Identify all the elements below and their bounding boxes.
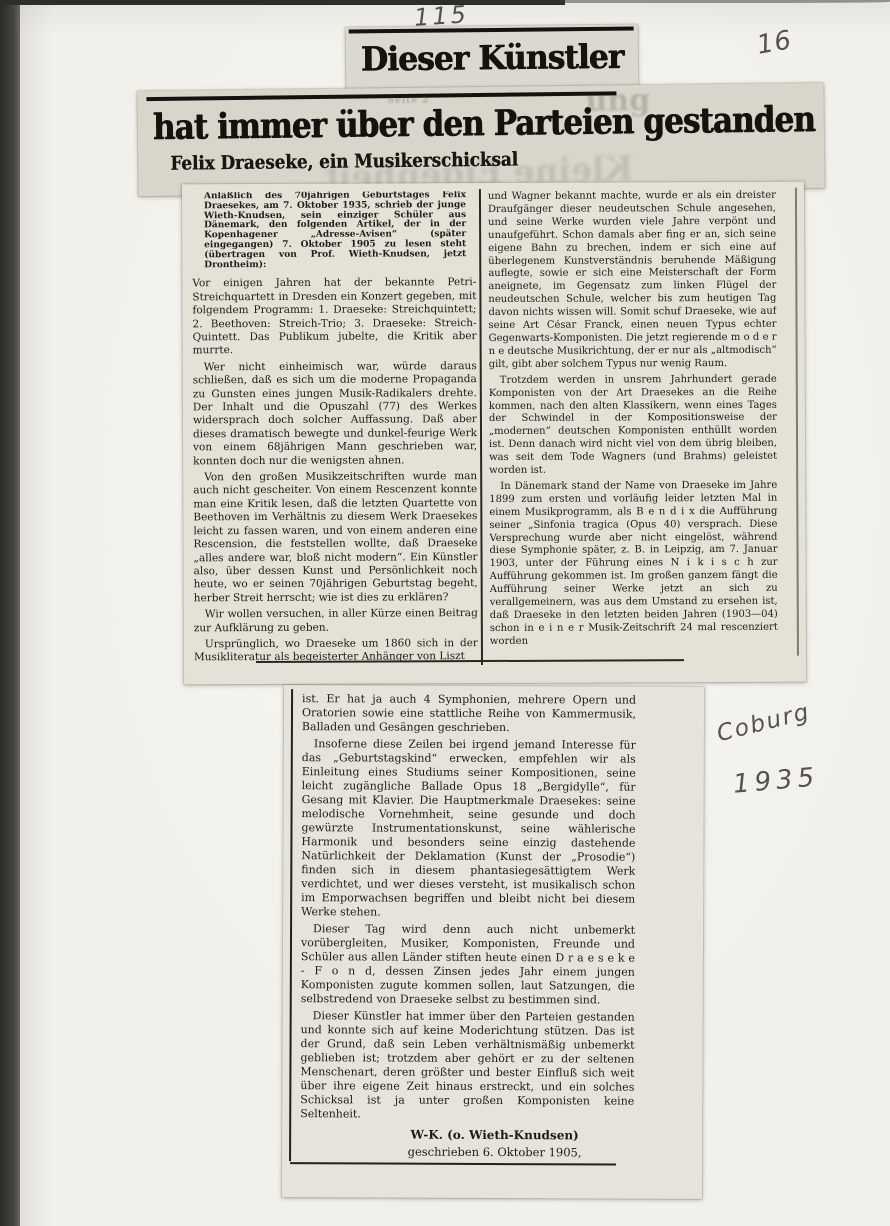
article-paragraph: Vor einigen Jahren hat der bekannte Petr… [192, 276, 476, 358]
article-paragraph: und Wagner bekannt machte, wurde er als … [488, 190, 777, 372]
article2-bottom-rule [290, 1162, 616, 1165]
article1-intro: Anläßlich des 70jährigen Geburtstages Fe… [192, 191, 476, 278]
article-paragraph: In Dänemark stand der Name von Draeseke … [489, 480, 778, 649]
article-paragraph: Von den großen Musikzeitschriften wurde … [193, 470, 478, 605]
headline-clipping-main: ung Seite 2 hat immer über den Parteien … [137, 83, 824, 196]
article1-right-column: und Wagner bekannt machte, wurde er als … [488, 190, 778, 665]
article-paragraph: Insoferne diese Zeilen bei irgend jemand… [301, 737, 636, 920]
handwritten-location-note: Coburg [714, 699, 813, 747]
article-clipping-2: ist. Er hat ja auch 4 Symphonien, mehrer… [282, 685, 704, 1199]
handwritten-year-note: 1935 [732, 762, 820, 799]
left-edge-rule [289, 689, 293, 1161]
scan-edge-top-faint [560, 0, 890, 3]
signature-author: W-K. (o. Wieth-Knudsen) [355, 1127, 634, 1142]
article-paragraph: Wir wollen versuchen, in aller Kürze ein… [194, 607, 478, 635]
headline-line1: Dieser Künstler [353, 37, 631, 79]
scan-edge-left [0, 0, 20, 1226]
article-paragraph: Dieser Künstler hat immer über den Parte… [300, 1009, 634, 1122]
article1-left-column: Anläßlich des 70jährigen Geburtstages Fe… [192, 191, 478, 674]
handwritten-corner-number: 16 [755, 25, 795, 61]
article-clipping-1: Anläßlich des 70jährigen Geburtstages Fe… [182, 182, 806, 685]
headline-main-rule [146, 91, 616, 101]
article-paragraph: ist. Er hat ja auch 4 Symphonien, mehrer… [302, 692, 636, 735]
headline-subtitle: Felix Draeseke, ein Musikerschicksal [170, 149, 518, 175]
article2-column: ist. Er hat ja auch 4 Symphonien, mehrer… [300, 692, 636, 1163]
article-paragraph: Dieser Tag wird denn auch nicht unbemerk… [301, 922, 635, 1007]
headline-line2: hat immer über den Parteien gestanden [153, 99, 815, 148]
signature-date: geschrieben 6. Oktober 1905, [355, 1144, 634, 1159]
signature-block: W-K. (o. Wieth-Knudsen) geschrieben 6. O… [300, 1127, 634, 1163]
column-divider-rule [479, 189, 483, 665]
right-edge-rule [795, 188, 799, 656]
headline-top-rule [349, 27, 634, 34]
article-paragraph: Trotzdem werden in unsrem Jahrhundert ge… [489, 373, 777, 478]
article-paragraph: Wer nicht einheimisch war, würde daraus … [193, 360, 477, 468]
scan-edge-top [0, 0, 565, 5]
